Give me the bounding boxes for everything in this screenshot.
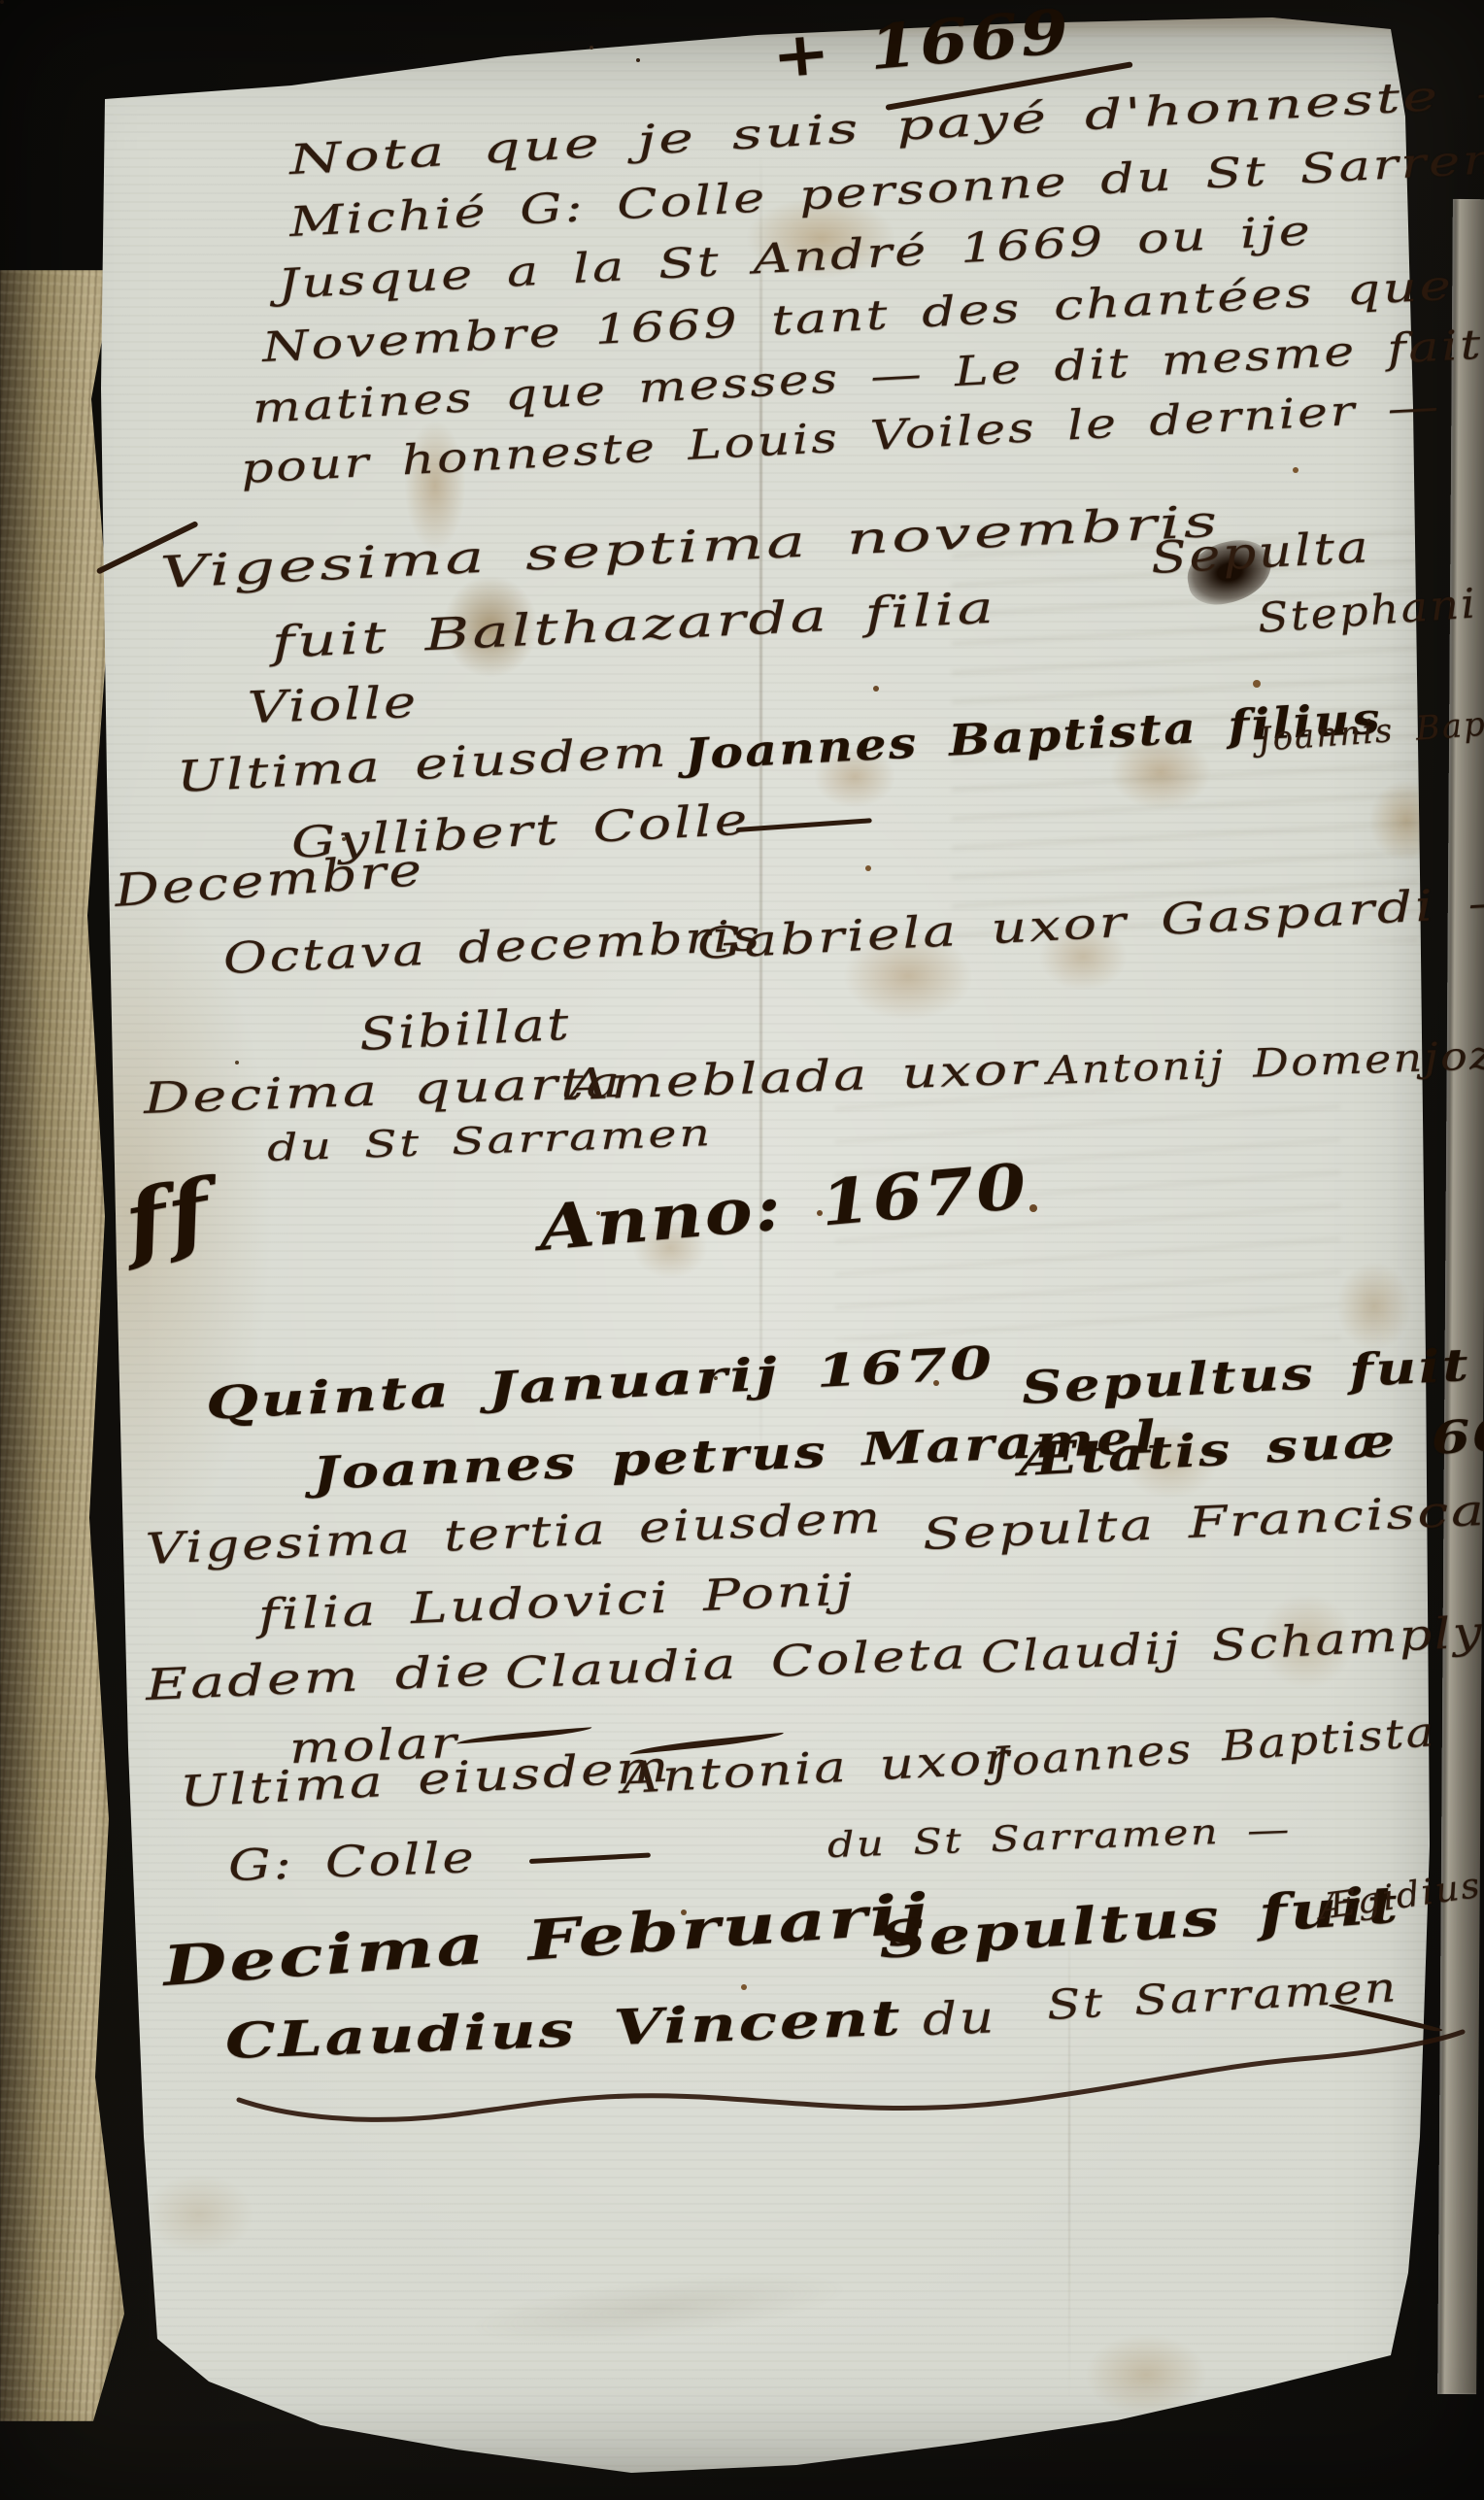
photo-vignette: [0, 0, 1484, 2500]
register-page-photo: + 1669 Nota que je suis payé d'honneste …: [0, 0, 1484, 2500]
